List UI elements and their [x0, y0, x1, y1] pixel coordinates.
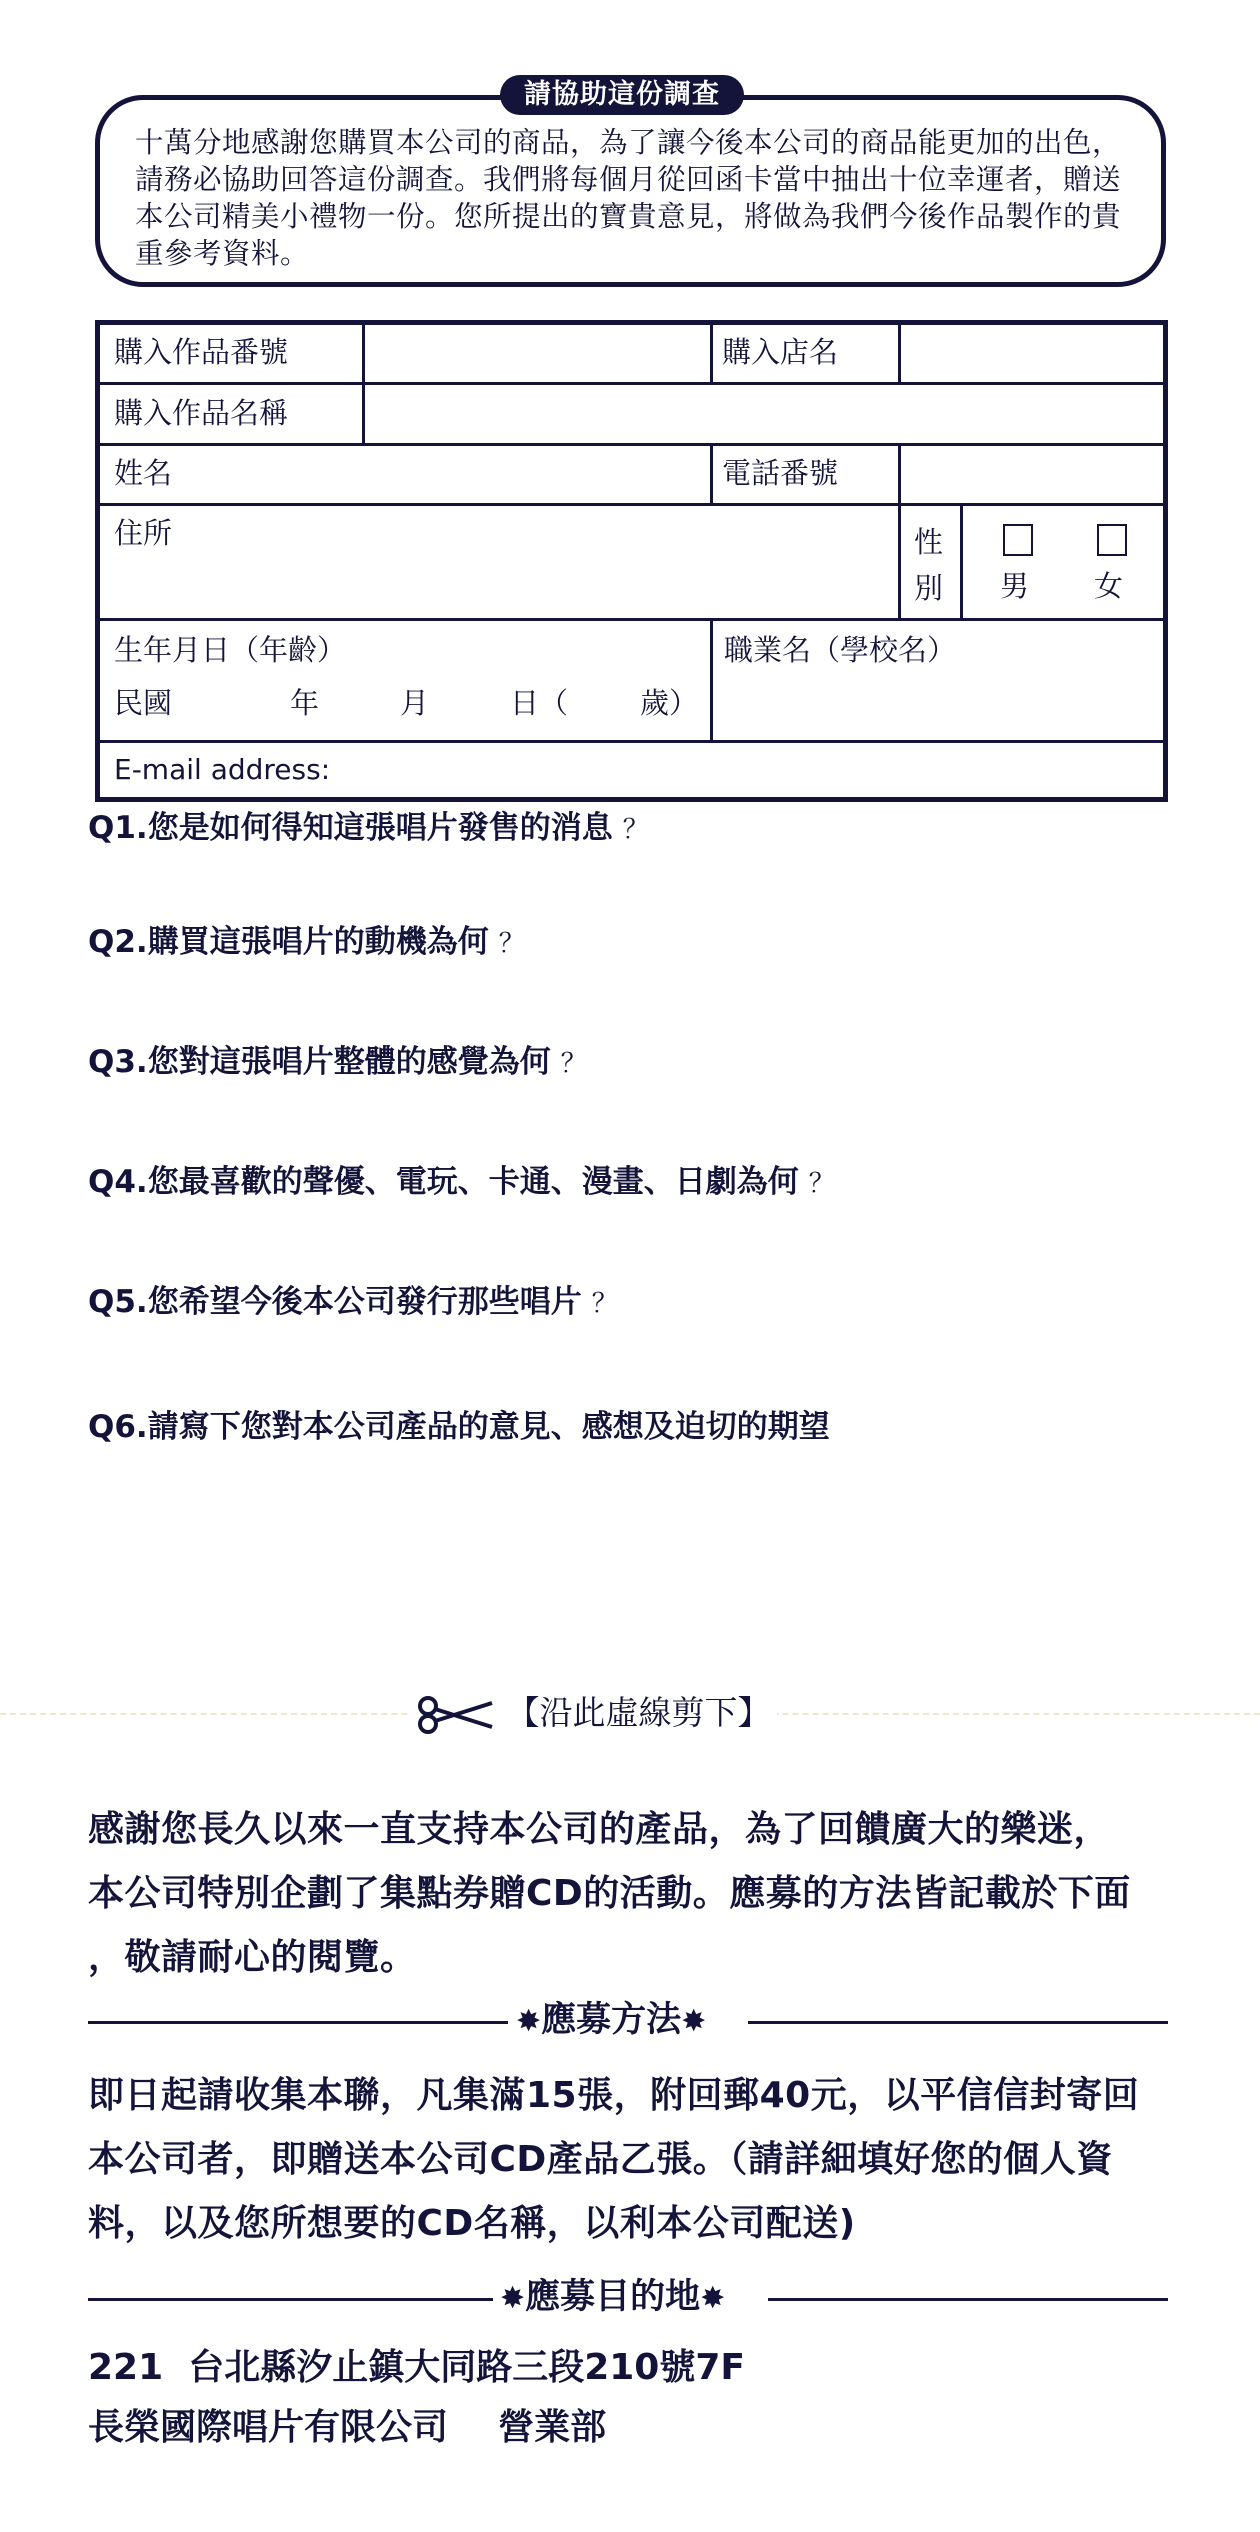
- gender-female-checkbox[interactable]: [1097, 524, 1127, 556]
- section-rule-left: [88, 2298, 493, 2301]
- question-q6: Q6.請寫下您對本公司產品的意見、感想及迫切的期望: [88, 1407, 840, 1449]
- col-divider: [710, 325, 713, 382]
- product-name-field[interactable]: [366, 386, 1163, 443]
- destination-title: ✸應募目的地✸: [500, 2275, 725, 2321]
- question-mark: ？: [592, 1289, 618, 1319]
- company-name: 長榮國際唱片有限公司 營業部: [88, 2399, 606, 2457]
- gender-label-line1: 性: [914, 519, 943, 565]
- row-divider: [100, 618, 1163, 621]
- promo-intro-line: 感謝您長久以來一直支持本公司的產品，為了回饋廣大的樂迷，: [88, 1798, 1188, 1862]
- method-text: 即日起請收集本聯，凡集滿15張，附回郵40元，以平信信封寄回 本公司者，即贈送本…: [88, 2064, 1188, 2256]
- section-rule-right: [768, 2298, 1168, 2301]
- question-q1: Q1.您是如何得知這張唱片發售的消息？: [88, 808, 649, 850]
- birth-date-field[interactable]: [190, 677, 630, 727]
- col-divider: [898, 443, 901, 503]
- question-q2: Q2.購買這張唱片的動機為何？: [88, 922, 525, 964]
- gender-male-label: 男: [1000, 569, 1029, 603]
- col-divider: [898, 325, 901, 382]
- question-mark: ？: [561, 1049, 587, 1079]
- col-divider: [898, 503, 901, 618]
- question-text: Q6.請寫下您對本公司產品的意見、感想及迫切的期望: [88, 1409, 830, 1445]
- email-field[interactable]: [360, 745, 1163, 797]
- answer-q3[interactable]: [88, 1088, 1168, 1158]
- intro-text: 十萬分地感謝您購買本公司的商品，為了讓今後本公司的商品能更加的出色，請務必協助回…: [135, 124, 1135, 272]
- star-icon: ✸: [500, 2281, 525, 2316]
- row-divider: [100, 740, 1163, 743]
- answer-q4[interactable]: [88, 1208, 1168, 1278]
- question-text: Q5.您希望今後本公司發行那些唱片: [88, 1284, 582, 1320]
- col-divider: [960, 503, 963, 618]
- mailing-address: 221 台北縣汐止鎮大同路三段210號7F: [88, 2339, 745, 2397]
- intro-title: 請協助這份調查: [500, 75, 744, 115]
- method-title: ✸應募方法✸: [516, 1998, 706, 2044]
- question-q5: Q5.您希望今後本公司發行那些唱片？: [88, 1282, 618, 1324]
- question-text: Q1.您是如何得知這張唱片發售的消息: [88, 810, 613, 846]
- method-title-text: 應募方法: [541, 2000, 681, 2040]
- occupation-field[interactable]: [716, 670, 1163, 738]
- method-line: 本公司者，即贈送本公司CD產品乙張。（請詳細填好您的個人資: [88, 2128, 1188, 2192]
- answer-q2[interactable]: [88, 968, 1168, 1038]
- question-q3: Q3.您對這張唱片整體的感覺為何？: [88, 1042, 587, 1084]
- birth-era-label: 民國: [114, 686, 172, 720]
- answer-q5[interactable]: [88, 1328, 1168, 1398]
- email-label: E-mail address:: [114, 753, 330, 787]
- product-number-label: 購入作品番號: [114, 335, 288, 369]
- gender-male-checkbox[interactable]: [1003, 524, 1033, 556]
- question-text: Q3.您對這張唱片整體的感覺為何: [88, 1044, 551, 1080]
- col-divider: [710, 443, 713, 503]
- question-text: Q2.購買這張唱片的動機為何: [88, 924, 489, 960]
- birth-age-label: 歲）: [640, 686, 698, 720]
- col-divider: [710, 618, 713, 740]
- store-name-field[interactable]: [902, 325, 1163, 382]
- cut-label-text: 【沿此虛線剪下】: [507, 1693, 771, 1732]
- star-icon: ✸: [516, 2004, 541, 2039]
- scissors-icon: [416, 1693, 507, 1732]
- col-divider: [362, 325, 365, 443]
- star-icon: ✸: [681, 2004, 706, 2039]
- phone-label: 電話番號: [722, 456, 838, 490]
- product-name-label: 購入作品名稱: [114, 396, 288, 430]
- promo-intro: 感謝您長久以來一直支持本公司的產品，為了回饋廣大的樂迷， 本公司特別企劃了集點券…: [88, 1798, 1188, 1990]
- product-number-field[interactable]: [366, 325, 710, 382]
- birth-label: 生年月日（年齡）: [114, 633, 346, 667]
- name-field[interactable]: [190, 446, 708, 503]
- destination-title-text: 應募目的地: [525, 2277, 700, 2317]
- question-text: Q4.您最喜歡的聲優、電玩、卡通、漫畫、日劇為何: [88, 1164, 799, 1200]
- question-mark: ？: [623, 815, 649, 845]
- question-mark: ？: [499, 929, 525, 959]
- promo-intro-line: 本公司特別企劃了集點券贈CD的活動。應募的方法皆記載於下面: [88, 1862, 1188, 1926]
- row-divider: [100, 503, 1163, 506]
- phone-field[interactable]: [902, 446, 1163, 503]
- occupation-label: 職業名（學校名）: [724, 633, 956, 667]
- star-icon: ✸: [700, 2281, 725, 2316]
- section-rule-left: [88, 2021, 508, 2024]
- answer-q1[interactable]: [88, 852, 1168, 922]
- survey-form-table: 購入作品番號 購入店名 購入作品名稱 姓名 電話番號 住所 性 別 男 女 生年…: [95, 320, 1168, 802]
- answer-q6[interactable]: [88, 1455, 1168, 1635]
- address-field[interactable]: [114, 553, 894, 615]
- gender-label-line2: 別: [914, 565, 943, 611]
- method-line: 料，以及您所想要的CD名稱，以利本公司配送): [88, 2192, 1188, 2256]
- promo-intro-line: ，敬請耐心的閱覽。: [88, 1926, 1188, 1990]
- question-q4: Q4.您最喜歡的聲優、電玩、卡通、漫畫、日劇為何？: [88, 1162, 835, 1204]
- row-divider: [100, 382, 1163, 385]
- name-label: 姓名: [114, 456, 172, 490]
- address-label: 住所: [114, 516, 172, 550]
- gender-label: 性 別: [914, 519, 943, 611]
- method-line: 即日起請收集本聯，凡集滿15張，附回郵40元，以平信信封寄回: [88, 2064, 1188, 2128]
- question-mark: ？: [809, 1169, 835, 1199]
- store-name-label: 購入店名: [722, 335, 838, 369]
- cut-instruction: 【沿此虛線剪下】: [410, 1688, 777, 1738]
- section-rule-right: [748, 2021, 1168, 2024]
- gender-female-label: 女: [1094, 569, 1123, 603]
